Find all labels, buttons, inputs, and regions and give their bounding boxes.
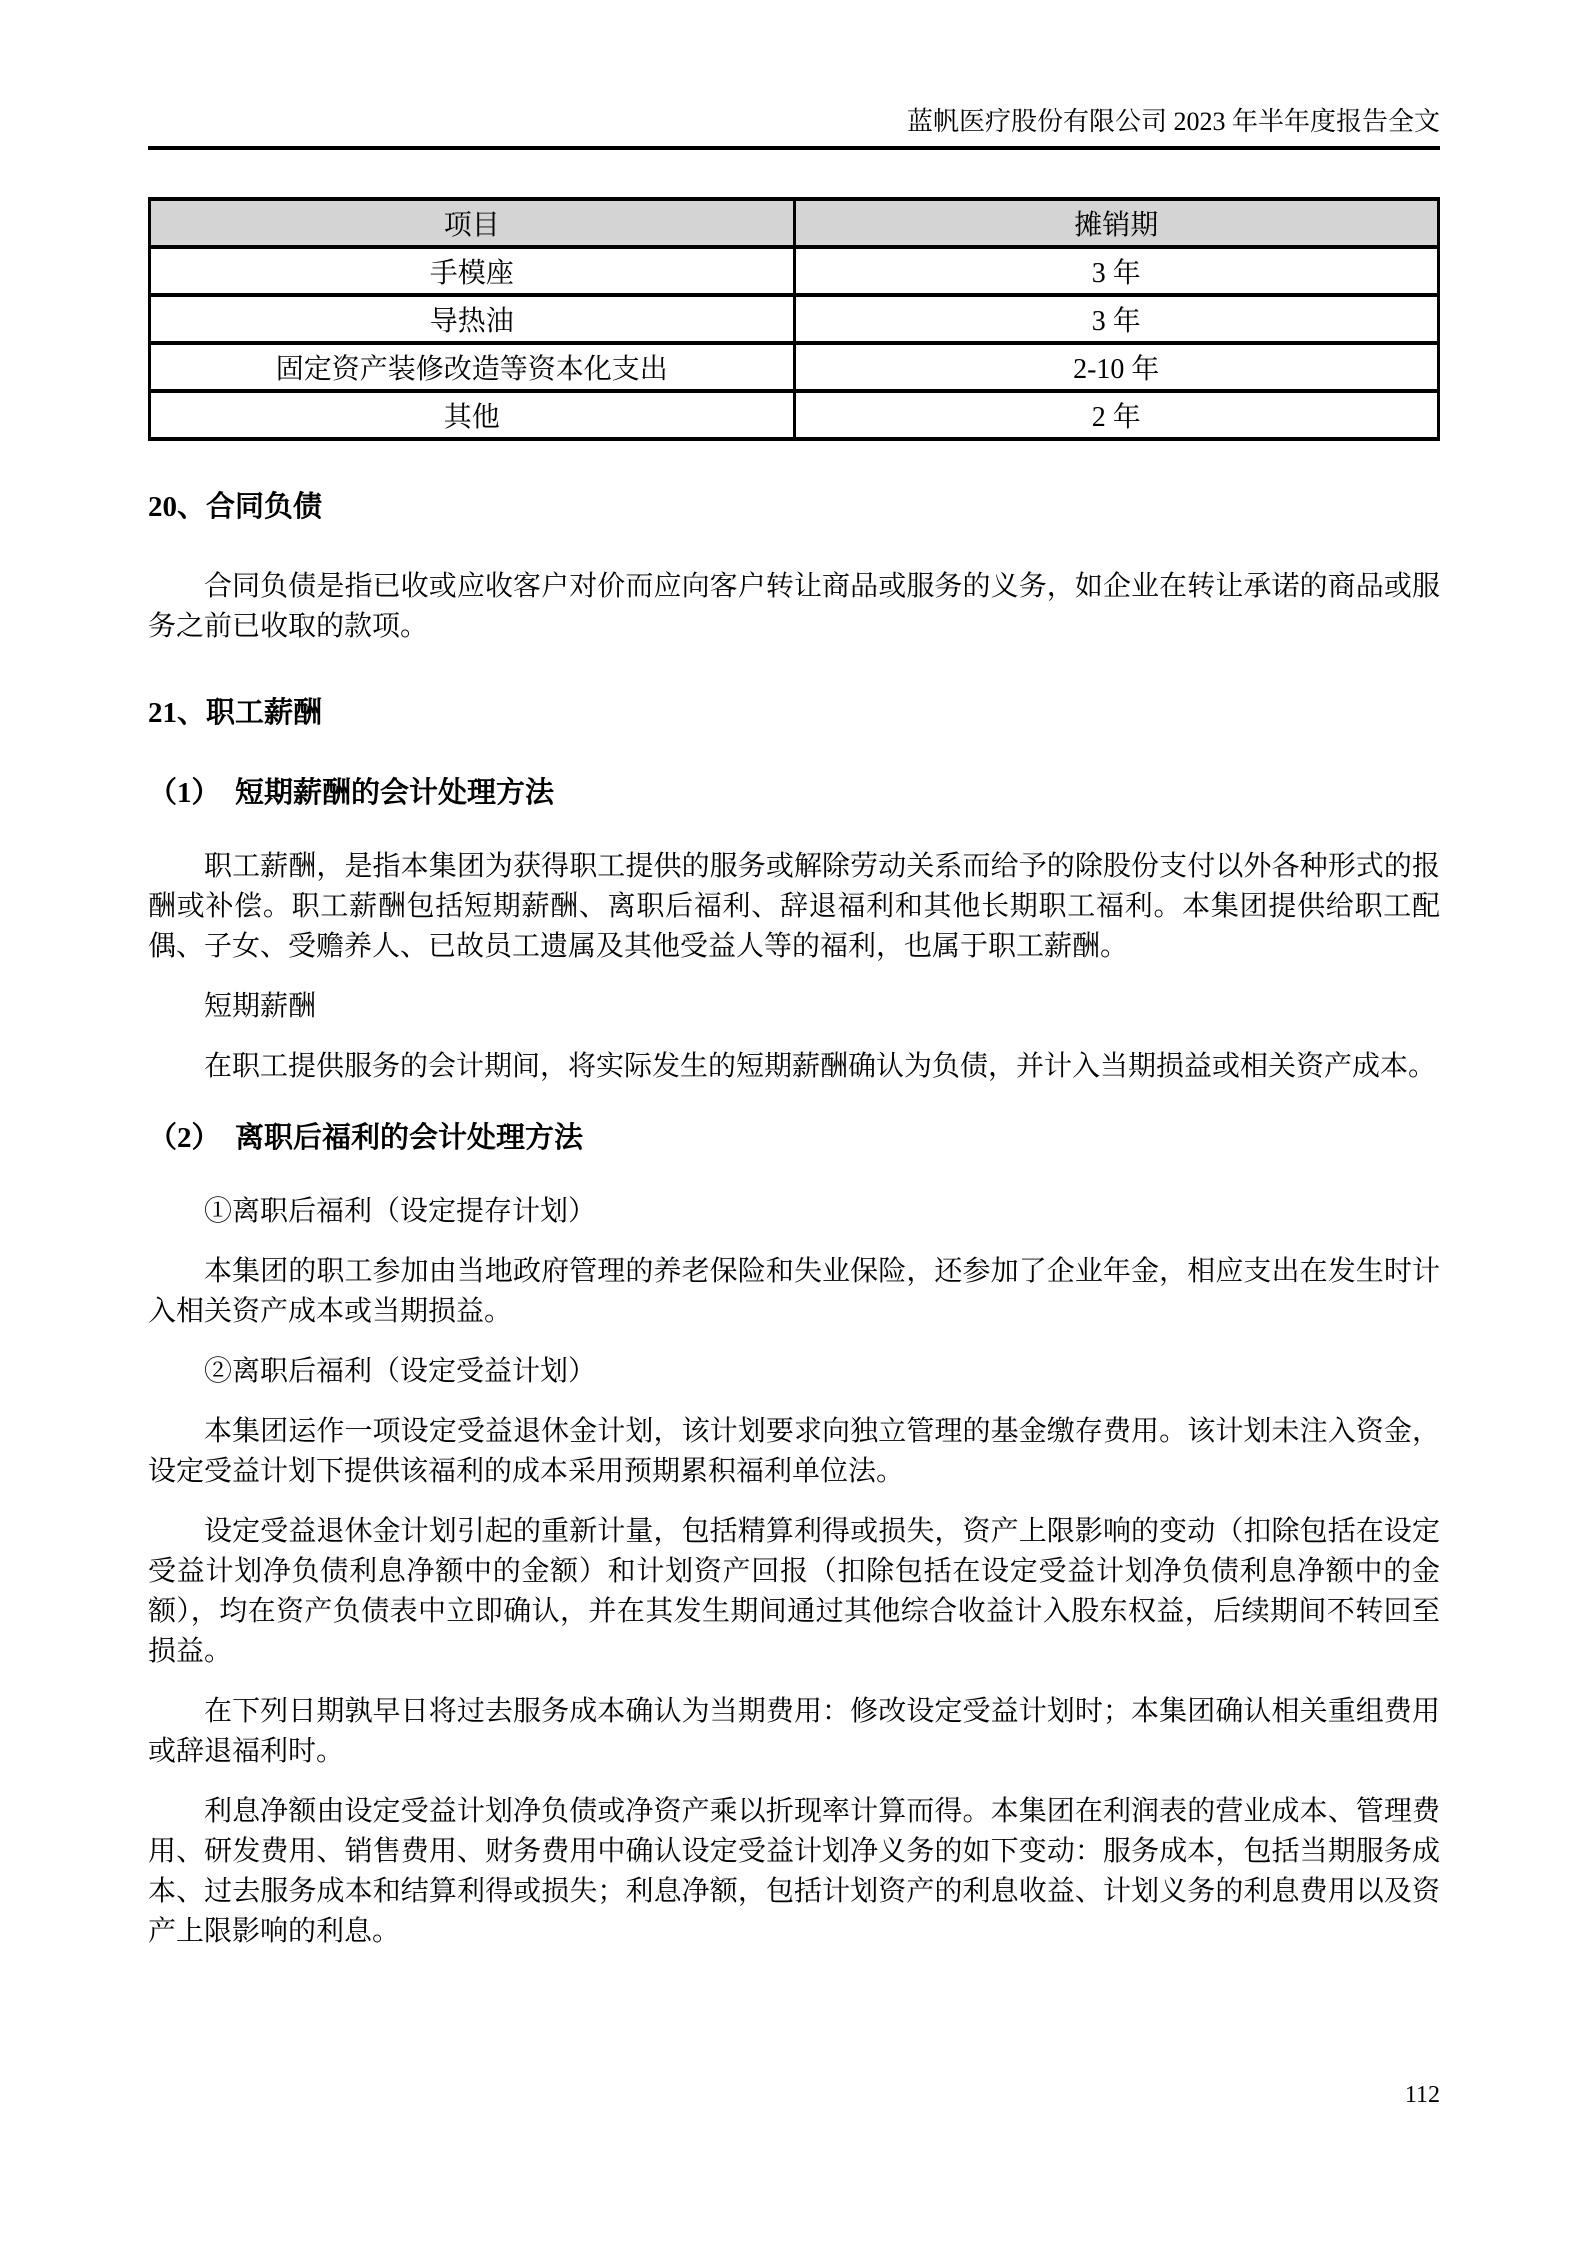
table-row: 导热油 3 年 — [150, 295, 1439, 343]
report-header: 蓝帆医疗股份有限公司 2023 年半年度报告全文 — [148, 0, 1440, 150]
table-cell-period: 2-10 年 — [794, 343, 1439, 391]
paragraph-post-employment-db: 本集团运作一项设定受益退休金计划，该计划要求向独立管理的基金缴存费用。该计划未注… — [148, 1412, 1440, 1492]
document-page: 蓝帆医疗股份有限公司 2023 年半年度报告全文 项目 摊销期 手模座 3 年 … — [0, 0, 1587, 2245]
subsection-1-heading: （1） 短期薪酬的会计处理方法 — [148, 773, 1440, 813]
paragraph-contract-liability: 合同负债是指已收或应收客户对价而应向客户转让商品或服务的义务，如企业在转让承诺的… — [148, 567, 1440, 647]
table-cell-item: 其他 — [150, 391, 795, 439]
table-cell-period: 2 年 — [794, 391, 1439, 439]
report-header-text: 蓝帆医疗股份有限公司 2023 年半年度报告全文 — [907, 107, 1440, 136]
table-cell-item: 固定资产装修改造等资本化支出 — [150, 343, 795, 391]
table-cell-item: 手模座 — [150, 247, 795, 295]
table-cell-period: 3 年 — [794, 295, 1439, 343]
paragraph-past-service-cost: 在下列日期孰早日将过去服务成本确认为当期费用：修改设定受益计划时；本集团确认相关… — [148, 1692, 1440, 1772]
column-header-item: 项目 — [150, 199, 795, 247]
paragraph-post-employment-dc: 本集团的职工参加由当地政府管理的养老保险和失业保险，还参加了企业年金，相应支出在… — [148, 1252, 1440, 1332]
amortization-table: 项目 摊销期 手模座 3 年 导热油 3 年 固定资产装修改造等资本化支出 2-… — [148, 197, 1440, 441]
table-cell-period: 3 年 — [794, 247, 1439, 295]
section-21-heading: 21、职工薪酬 — [148, 693, 1440, 733]
table-header-row: 项目 摊销期 — [150, 199, 1439, 247]
paragraph-post-employment-dc-label: ①离职后福利（设定提存计划） — [148, 1192, 1440, 1232]
paragraph-net-interest: 利息净额由设定受益计划净负债或净资产乘以折现率计算而得。本集团在利润表的营业成本… — [148, 1792, 1440, 1952]
paragraph-short-term-label: 短期薪酬 — [148, 987, 1440, 1027]
table-row: 其他 2 年 — [150, 391, 1439, 439]
table-cell-item: 导热油 — [150, 295, 795, 343]
table-row: 固定资产装修改造等资本化支出 2-10 年 — [150, 343, 1439, 391]
paragraph-post-employment-db-label: ②离职后福利（设定受益计划） — [148, 1352, 1440, 1392]
paragraph-short-term-recognition: 在职工提供服务的会计期间，将实际发生的短期薪酬确认为负债，并计入当期损益或相关资… — [148, 1047, 1440, 1087]
column-header-period: 摊销期 — [794, 199, 1439, 247]
subsection-2-heading: （2） 离职后福利的会计处理方法 — [148, 1118, 1440, 1158]
section-20-heading: 20、合同负债 — [148, 487, 1440, 527]
paragraph-remeasurement: 设定受益退休金计划引起的重新计量，包括精算利得或损失，资产上限影响的变动（扣除包… — [148, 1512, 1440, 1672]
page-number: 112 — [1405, 2080, 1440, 2110]
paragraph-short-term-definition: 职工薪酬，是指本集团为获得职工提供的服务或解除劳动关系而给予的除股份支付以外各种… — [148, 847, 1440, 967]
page-content: 项目 摊销期 手模座 3 年 导热油 3 年 固定资产装修改造等资本化支出 2-… — [148, 197, 1440, 1952]
table-row: 手模座 3 年 — [150, 247, 1439, 295]
